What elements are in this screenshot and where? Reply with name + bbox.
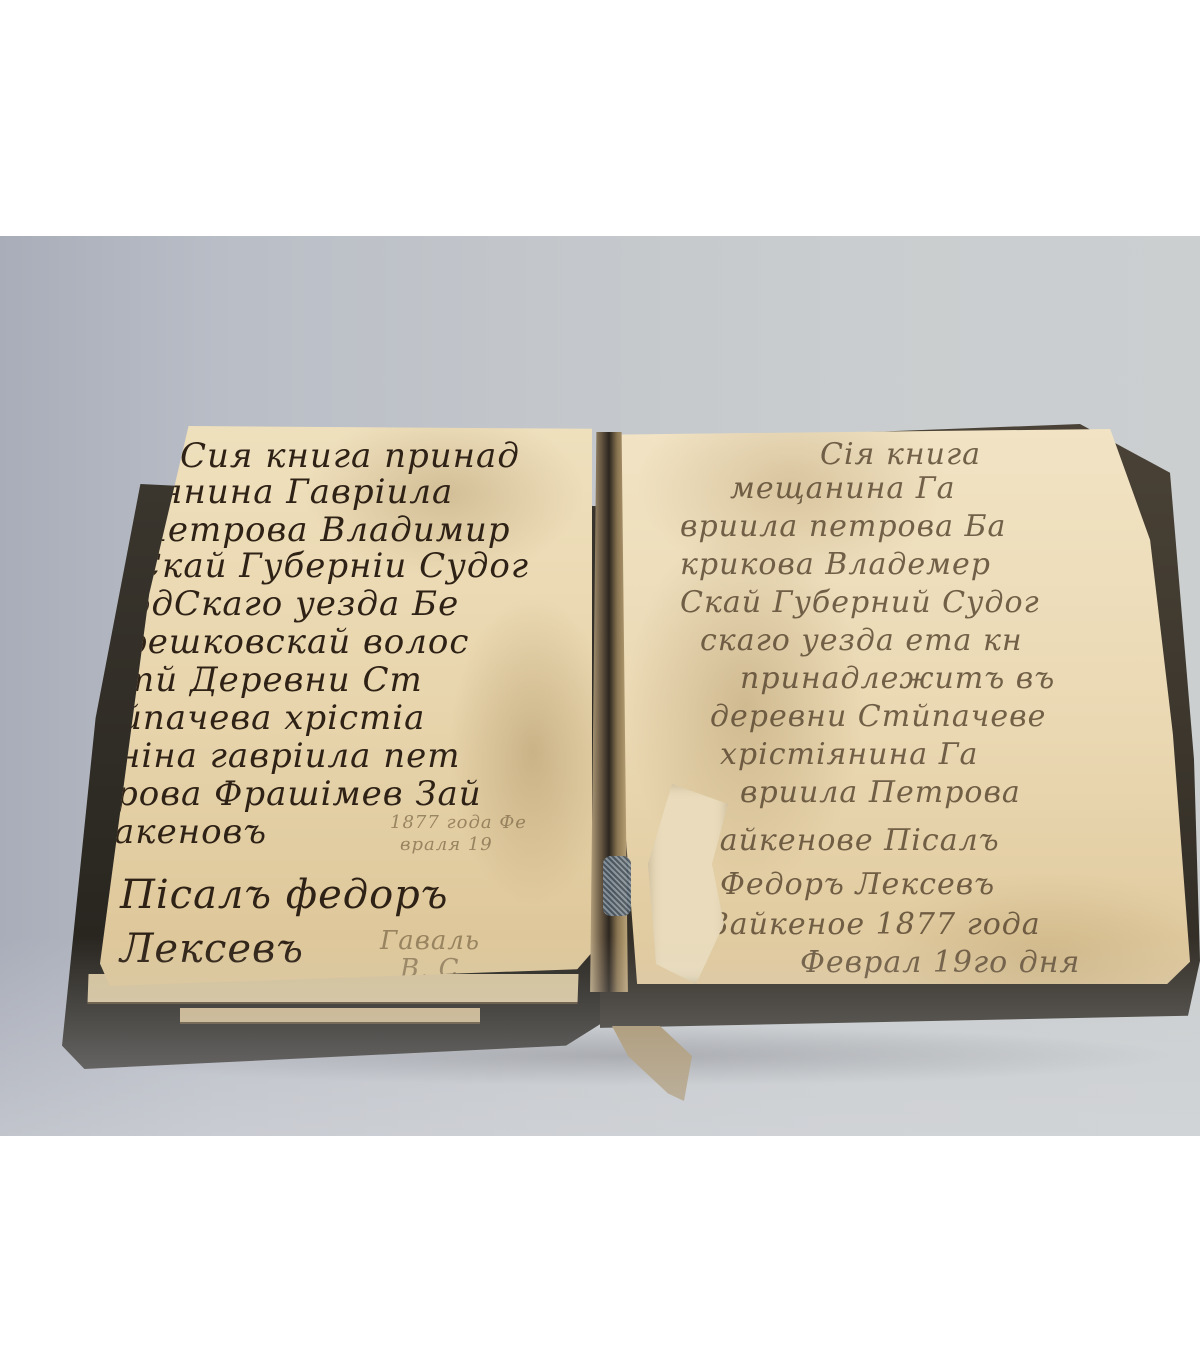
handwriting-line: вриила петрова Ба [680,509,1006,544]
signature-line: Пiсалъ федоръ [120,872,448,918]
handwriting-line: крикова Владемер [680,547,991,582]
spine-fabric [603,856,631,916]
handwriting-line: акеновъ [114,812,267,852]
handwriting-line: Сия книга принад [180,436,520,476]
book-shadow [70,1026,1180,1086]
handwriting-line: мещанина Га [730,471,956,506]
handwriting-line: петрова Владимир [145,510,511,550]
faint-line: Гаваль [380,926,480,956]
handwriting-line: скаго уезда ета кн [700,623,1023,658]
handwriting-line: деревни Стйпачеве [710,699,1046,734]
handwriting-line: Феврал 19го дня [800,945,1080,980]
handwriting-line: решковскай волос [125,622,469,662]
handwriting-line: Зайкеное 1877 года [710,907,1041,942]
handwriting-line: Скай Губерний Судог [680,585,1040,620]
handwriting-line: рова Фрашiмев Зай [116,774,482,814]
signature-line: Лексевъ [120,926,304,972]
handwriting-line: Сiя книга [820,437,981,472]
annotation-line: враля 19 [400,834,493,855]
handwriting-line: вриила Петрова [740,775,1021,810]
handwriting-line: принадлежитъ въ [740,661,1055,696]
page-stack-edge-lower [180,1008,480,1024]
handwriting-line: янина Гаврiила [160,472,453,512]
handwriting-line: одСкаго уезда Бе [130,584,459,624]
faint-line: В. С. [400,954,469,984]
handwriting-line: тй Деревни Ст [122,660,423,700]
handwriting-line: хрiстiянина Га [720,737,978,772]
hanging-paper-tag [612,1026,692,1101]
handwriting-line: йпачева хрiстiа [120,698,425,738]
annotation-line: 1877 года Фе [390,812,527,833]
handwriting-line: Скай Губернiи Судог [135,546,529,586]
handwriting-line: Зайкенове Пiсалъ [700,823,1000,858]
photo-background: Сия книга принад янина Гаврiила петрова … [0,236,1200,1136]
left-page: Сия книга принад янина Гаврiила петрова … [100,426,592,986]
handwriting-line: Федоръ Лексевъ [720,867,995,902]
page-stack-edge [87,974,578,1004]
handwriting-line: нiна гаврiила пет [118,736,461,776]
